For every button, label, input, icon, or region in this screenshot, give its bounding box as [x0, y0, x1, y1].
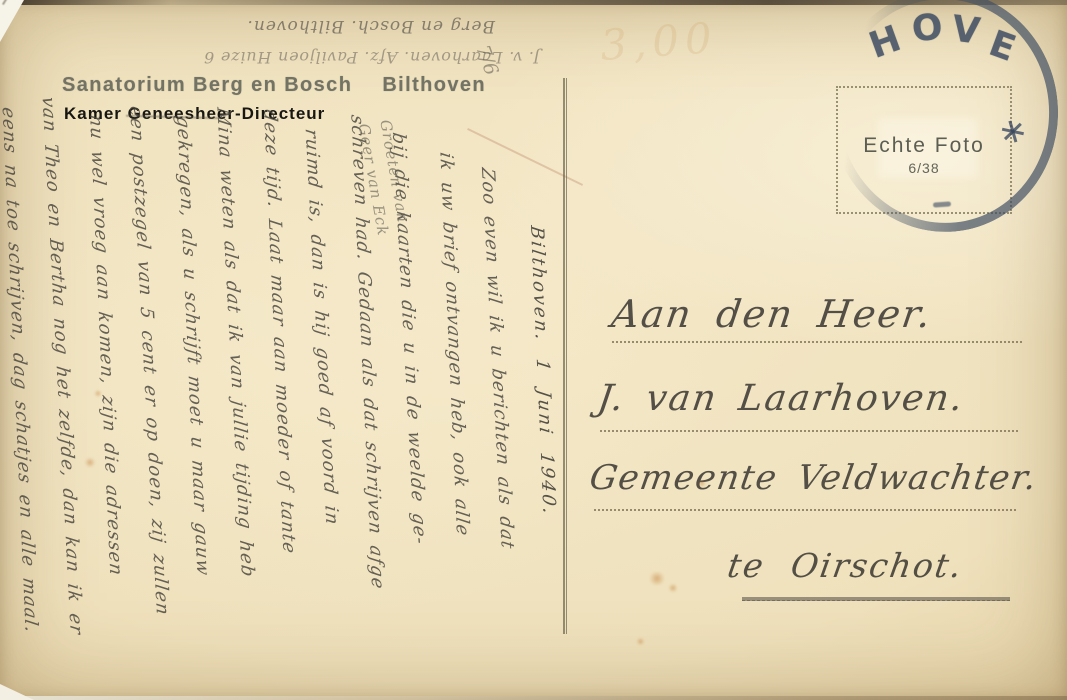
foxing-spot: [94, 390, 102, 397]
foxing-spot: [668, 584, 678, 592]
place-underline: [742, 597, 1010, 601]
postmark-star-icon: [998, 116, 1029, 147]
address-recipient-salutation: Aan den Heer.: [609, 292, 935, 336]
foxing-spot: [84, 458, 96, 467]
corner-backing-top-left: [0, 0, 24, 42]
address-place-prefix: te: [725, 546, 768, 585]
postcard-back: 3,00 J. v. Laarhoven. Afz. Paviljoen Hui…: [0, 0, 1067, 700]
foxing-spot: [698, 480, 706, 487]
address-place-name: Oirschot.: [788, 546, 966, 585]
sender-location-upside-down: Berg en Bosch. Bilthoven.: [225, 16, 495, 36]
address-dotted-line: [594, 509, 1016, 511]
foxing-spot: [648, 572, 666, 585]
postmark-letter: O: [910, 7, 945, 51]
address-dotted-line: [600, 430, 1018, 432]
address-recipient-name: J. van Laarhoven.: [595, 378, 967, 419]
address-place-line: te Oirschot.: [725, 546, 966, 585]
postmark-letter: V: [950, 8, 983, 52]
address-dotted-line: [612, 341, 1022, 343]
foxing-spot: [636, 638, 645, 645]
handwritten-message: Bilthoven. 1 Juni 1940. Zoo even wil ik …: [0, 65, 580, 700]
faint-price-mark: 3,00: [599, 3, 862, 70]
address-recipient-title: Gemeente Veldwachter.: [587, 458, 1041, 498]
